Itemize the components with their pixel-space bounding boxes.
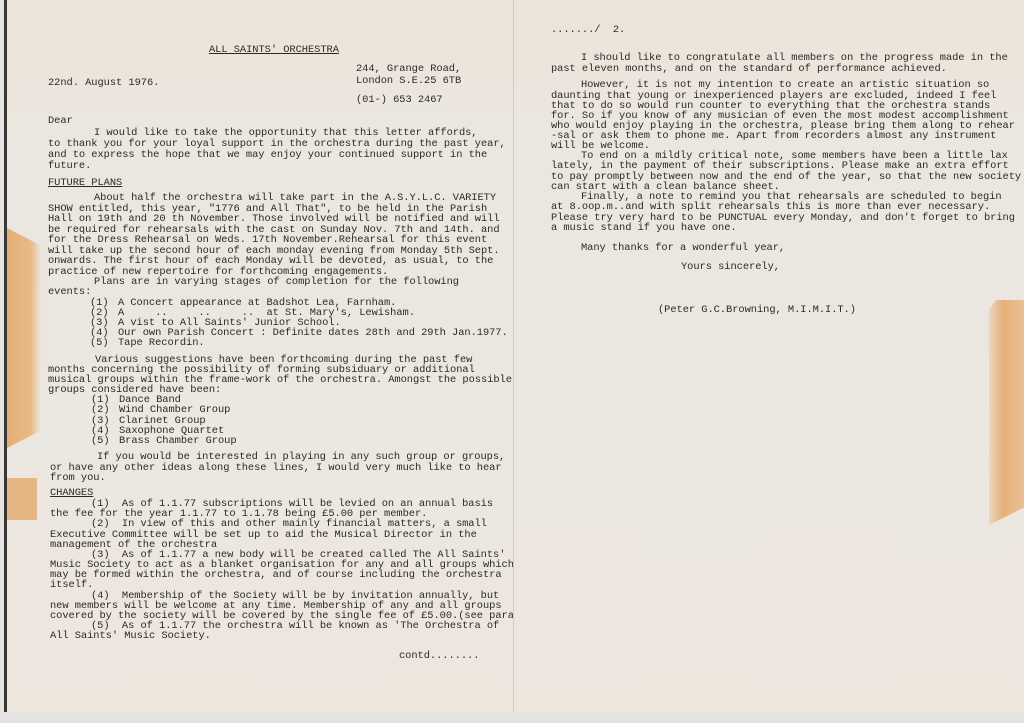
letter-date: 22nd. August 1976. [48, 78, 159, 89]
section-heading-future-plans: FUTURE PLANS [48, 178, 122, 189]
paper-stain [989, 300, 1024, 525]
paper-stain [7, 228, 41, 448]
change-line: All Saints' Music Society. [50, 631, 211, 642]
sign-off: Yours sincerely, [681, 262, 780, 273]
scan-background-edge [0, 712, 1024, 723]
section-heading-changes: CHANGES [50, 488, 93, 499]
closing-line: Many thanks for a wonderful year, [581, 243, 785, 254]
signature-name: (Peter G.C.Browning, M.I.M.I.T.) [658, 305, 856, 316]
group-item: Brass Chamber Group [119, 436, 237, 447]
paragraph-line: a music stand if you have one. [551, 223, 737, 234]
event-number: (5) [90, 338, 109, 349]
change-line: itself. [50, 580, 93, 591]
paragraph-line: events: [48, 287, 91, 298]
continued-marker: contd........ [399, 651, 479, 662]
phone-number: (01-) 653 2467 [356, 95, 443, 106]
intro-line: future. [48, 161, 91, 172]
change-line: may be formed within the orchestra, and … [50, 570, 502, 581]
paragraph-line: Plans are in varying stages of completio… [94, 277, 459, 288]
paragraph-line: from you. [50, 473, 106, 484]
address-line-2: London S.E.25 6TB [356, 76, 461, 87]
letter-page-2: ......./ 2. I should like to congratulat… [513, 0, 1024, 712]
page-number-marker: ......./ 2. [551, 25, 625, 36]
event-item: Tape Recordin. [118, 338, 205, 349]
paragraph-line: past eleven months, and on the standard … [551, 64, 947, 75]
address-line-1: 244, Grange Road, [356, 64, 461, 75]
paper-stain [7, 478, 37, 520]
letterhead-title: ALL SAINTS' ORCHESTRA [209, 45, 339, 56]
letter-page-1: ALL SAINTS' ORCHESTRA 244, Grange Road, … [4, 0, 516, 712]
intro-line: and to express the hope that we may enjo… [48, 150, 487, 161]
salutation: Dear [48, 116, 73, 127]
paragraph-line: or have any other ideas along these line… [50, 463, 502, 474]
group-number: (5) [91, 436, 110, 447]
